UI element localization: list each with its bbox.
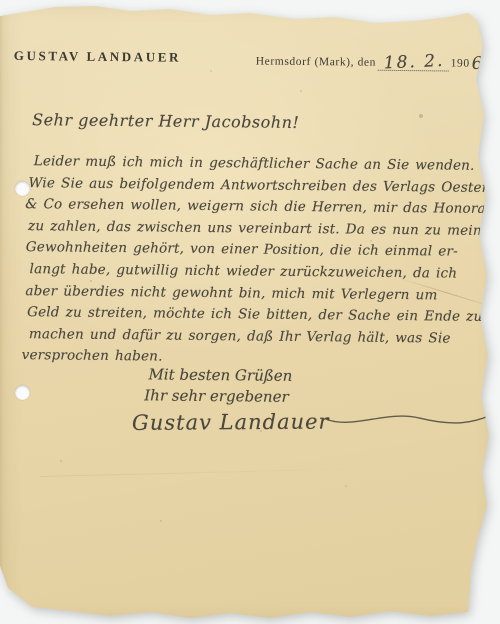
letter-content: GUSTAV LANDAUER Hermsdorf (Mark), den 18…: [0, 0, 500, 624]
dateline-place-printed: Hermsdorf (Mark), den: [256, 55, 376, 70]
letter-paper: GUSTAV LANDAUER Hermsdorf (Mark), den 18…: [0, 0, 500, 624]
dateline-year-printed: 190: [451, 58, 470, 72]
closing-block: Mit besten Grüßen Ihr sehr ergebener: [148, 364, 292, 408]
signature-row: Gustav Landauer: [132, 403, 494, 437]
paper-shadow: GUSTAV LANDAUER Hermsdorf (Mark), den 18…: [0, 0, 500, 624]
closing-greeting: Mit besten Grüßen: [148, 364, 292, 387]
signature: Gustav Landauer: [132, 410, 330, 435]
hole-punch: [15, 385, 30, 400]
letter-body: Leider muß ich mich in geschäftlicher Sa…: [27, 151, 477, 372]
letterhead-name: GUSTAV LANDAUER: [14, 48, 181, 66]
signature-flourish: [323, 405, 493, 433]
hole-punch: [15, 181, 30, 196]
dateline-day-month-handwritten: 18. 2.: [384, 53, 445, 72]
dateline-year-digit-handwritten: 6: [471, 56, 483, 72]
dateline-date-slot: 18. 2.: [378, 54, 449, 72]
dateline: Hermsdorf (Mark), den 18. 2. 190 6: [256, 52, 484, 71]
salutation: Sehr geehrter Herr Jacobsohn!: [32, 110, 299, 132]
scanned-letter-page: GUSTAV LANDAUER Hermsdorf (Mark), den 18…: [0, 0, 500, 624]
